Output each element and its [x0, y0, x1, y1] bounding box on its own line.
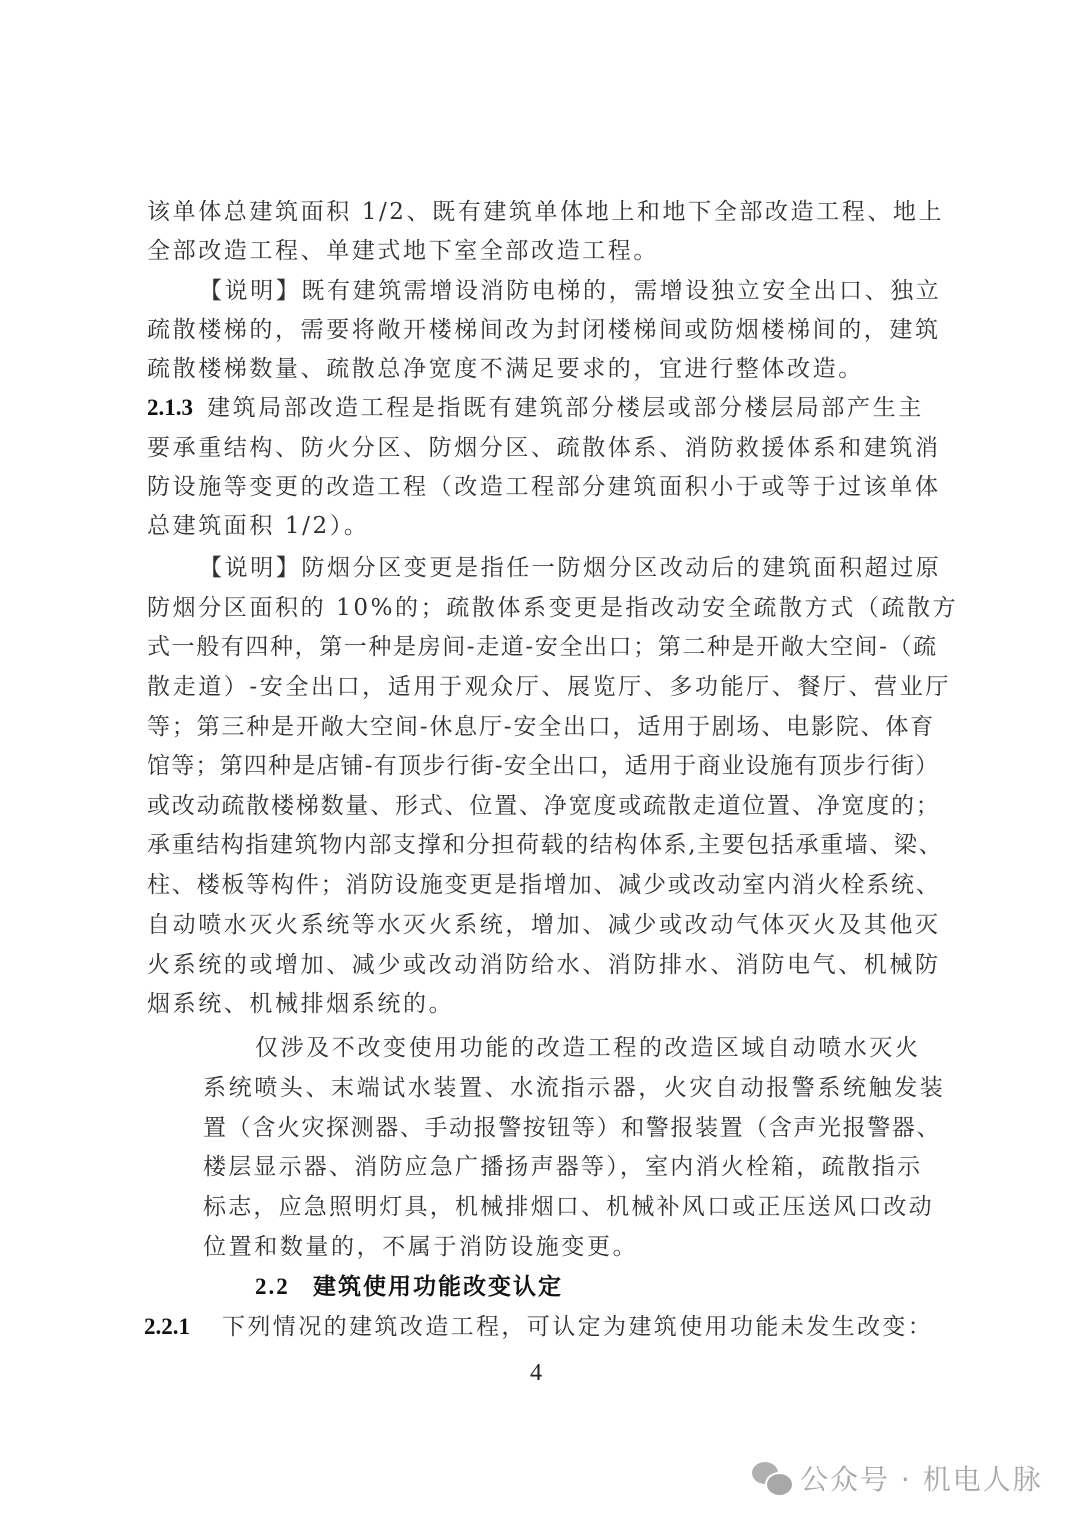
explanation-line: 自动喷水灭火系统等水灭火系统，增加、减少或改动气体灭火及其他灭 — [147, 910, 941, 940]
section-title: 建筑使用功能改变认定 — [313, 1272, 563, 1302]
indented-line: 位置和数量的，不属于消防设施变更。 — [203, 1232, 638, 1262]
text-line: 疏散楼梯数量、疏散总净宽度不满足要求的，宜进行整体改造。 — [147, 354, 864, 384]
indented-line: 置（含火灾探测器、手动报警按钮等）和警报装置（含声光报警器、 — [203, 1113, 941, 1143]
explanation-line: 散走道）-安全出口，适用于观众厅、展览厅、多功能厅、餐厅、营业厅 — [147, 672, 951, 702]
clause-text: 下列情况的建筑改造工程，可认定为建筑使用功能未发生改变： — [222, 1312, 933, 1342]
explanation-line: 火系统的或增加、减少或改动消防给水、消防排水、消防电气、机械防 — [147, 950, 941, 980]
clause-text-line: 要承重结构、防火分区、防烟分区、疏散体系、消防救援体系和建筑消 — [147, 433, 941, 463]
watermark-text: 公众号 · 机电人脉 — [800, 1458, 1043, 1498]
indented-line: 仅涉及不改变使用功能的改造工程的改造区域自动喷水灭火 — [255, 1033, 921, 1063]
explanation-line: 【说明】既有建筑需增设消防电梯的，需增设独立安全出口、独立 — [199, 276, 941, 306]
clause-text-line: 防设施等变更的改造工程（改造工程部分建筑面积小于或等于过该单体 — [147, 472, 941, 502]
explanation-line: 馆等；第四种是店铺-有顶步行街-安全出口，适用于商业设施有顶步行街） — [147, 751, 939, 781]
explanation-line: 式一般有四种，第一种是房间-走道-安全出口；第二种是开敞大空间-（疏 — [147, 632, 938, 662]
explanation-line: 承重结构指建筑物内部支撑和分担荷载的结构体系,主要包括承重墙、梁、 — [147, 830, 943, 860]
explanation-line: 或改动疏散楼梯数量、形式、位置、净宽度或疏散走道位置、净宽度的； — [147, 791, 941, 821]
explanation-line: 烟系统、机械排烟系统的。 — [147, 989, 454, 1019]
indented-line: 标志，应急照明灯具，机械排烟口、机械补风口或正压送风口改动 — [203, 1192, 934, 1222]
explanation-line: 柱、楼板等构件；消防设施变更是指增加、减少或改动室内消火栓系统、 — [147, 870, 941, 900]
text-line: 疏散楼梯的，需要将敞开楼梯间改为封闭楼梯间或防烟楼梯间的，建筑 — [147, 315, 941, 345]
text-line: 全部改造工程、单建式地下室全部改造工程。 — [147, 236, 659, 266]
clause-number-2-1-3: 2.1.3 — [147, 393, 193, 423]
clause-text-line: 建筑局部改造工程是指既有建筑部分楼层或部分楼层局部产生主 — [207, 393, 924, 423]
text-line: 该单体总建筑面积 1/2、既有建筑单体地上和地下全部改造工程、地上 — [147, 197, 944, 227]
indented-line: 楼层显示器、消防应急广播扬声器等），室内消火栓箱，疏散指示 — [203, 1152, 922, 1182]
document-page: 该单体总建筑面积 1/2、既有建筑单体地上和地下全部改造工程、地上 全部改造工程… — [0, 0, 1080, 1528]
watermark: 公众号 · 机电人脉 — [752, 1458, 1043, 1498]
explanation-line: 防烟分区面积的 10%的；疏散体系变更是指改动安全疏散方式（疏散方 — [147, 593, 958, 623]
clause-text-line: 总建筑面积 1/2）。 — [147, 511, 369, 541]
clause-number-2-2-1: 2.2.1 — [144, 1312, 190, 1342]
wechat-icon — [752, 1460, 792, 1496]
explanation-line: 【说明】防烟分区变更是指任一防烟分区改动后的建筑面积超过原 — [199, 553, 941, 583]
indented-line: 系统喷头、末端试水装置、水流指示器，火灾自动报警系统触发装 — [203, 1073, 945, 1103]
explanation-line: 等；第三种是开敞大空间-休息厅-安全出口，适用于剧场、电影院、体育 — [147, 712, 935, 742]
section-number-2-2: 2.2 — [255, 1272, 290, 1302]
page-number: 4 — [530, 1360, 542, 1387]
